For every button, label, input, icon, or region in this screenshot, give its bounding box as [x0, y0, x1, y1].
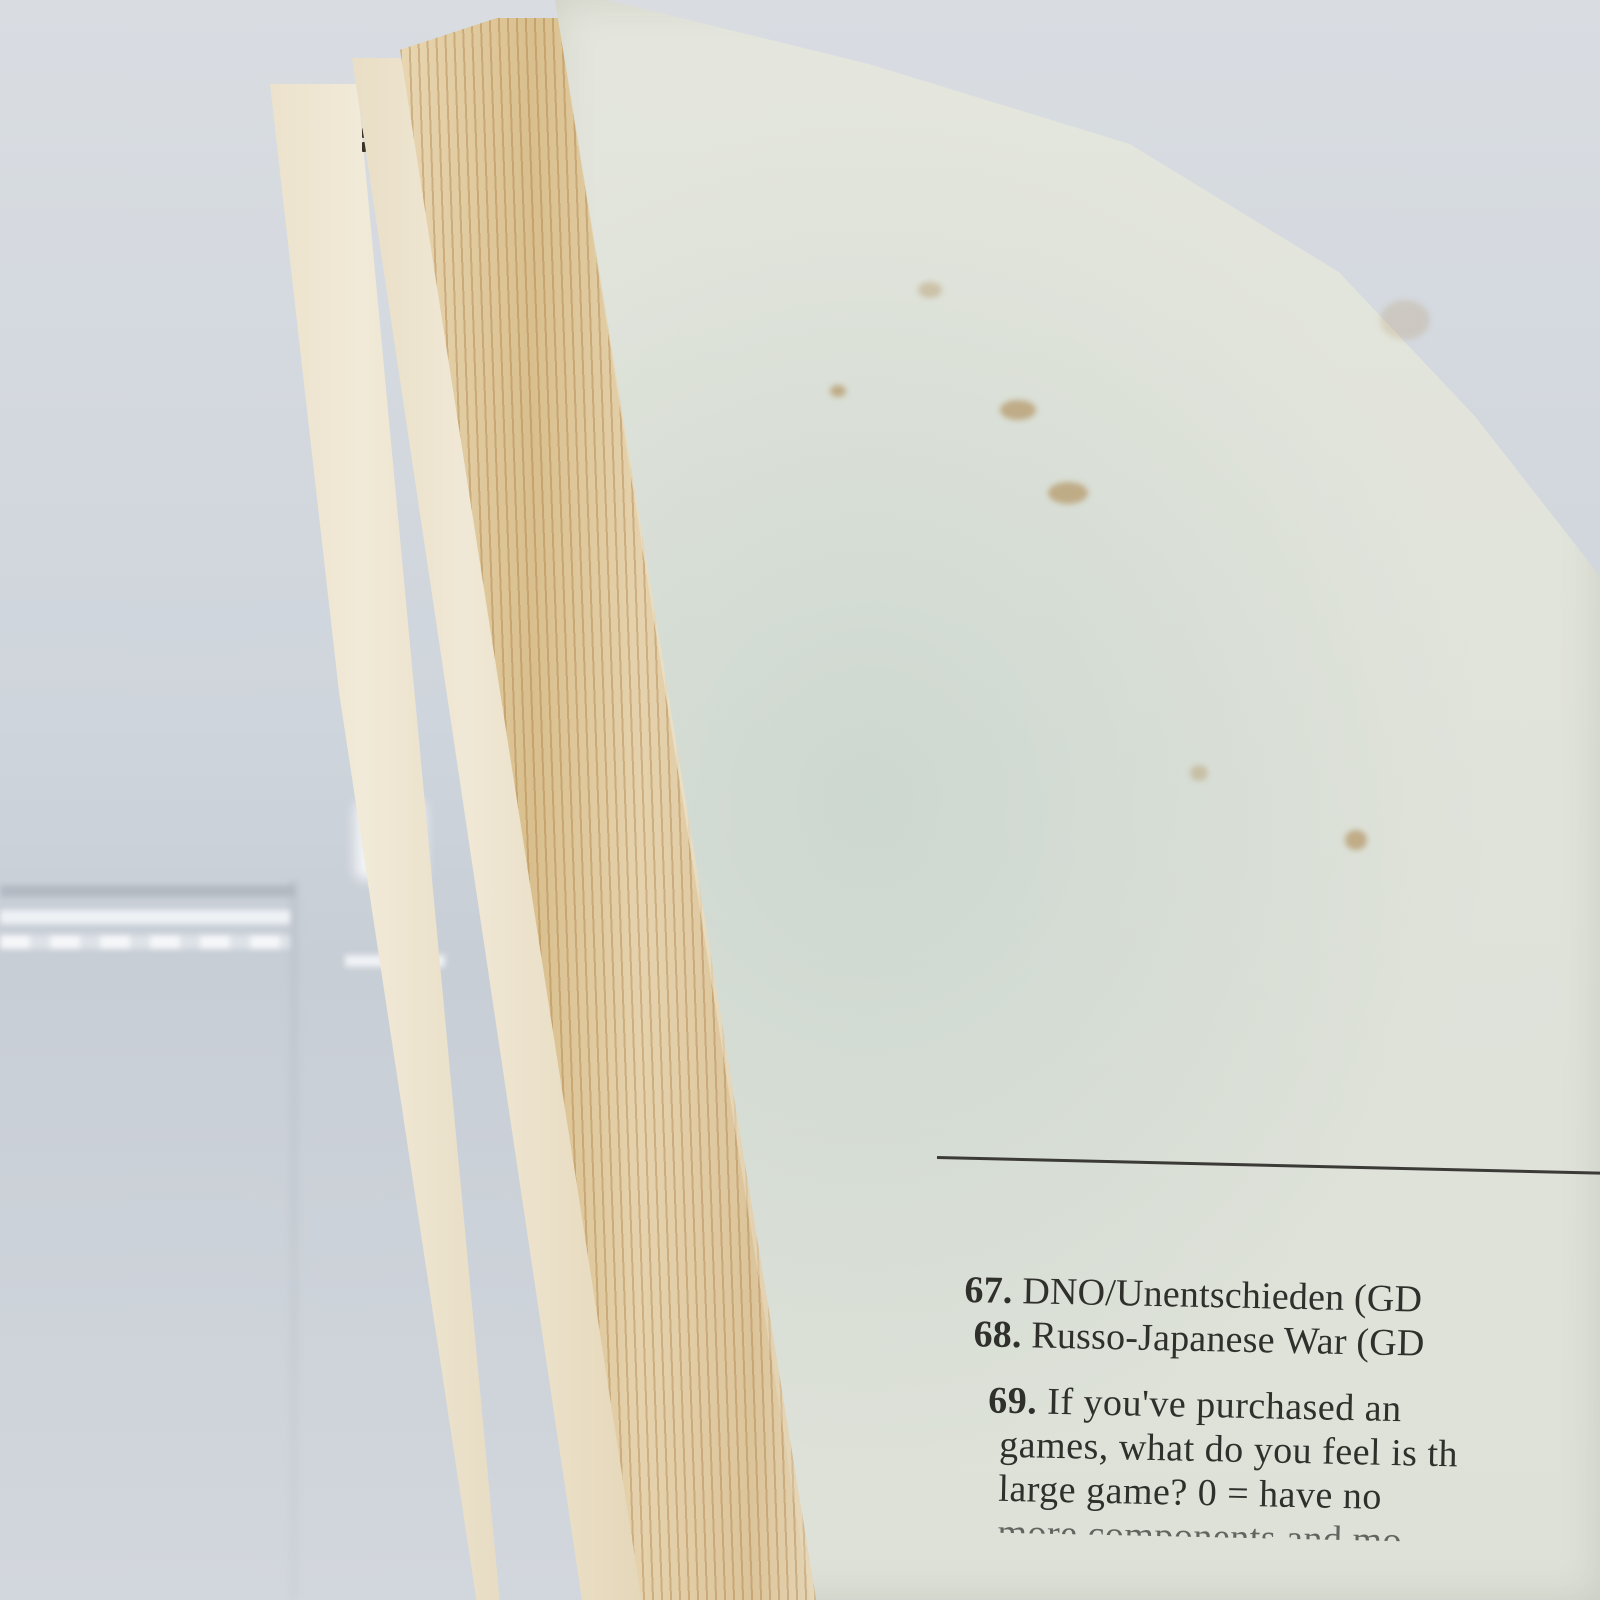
item-number: 67.	[964, 1269, 1013, 1312]
item-number: 68.	[973, 1313, 1022, 1356]
foxing-stain	[918, 282, 942, 298]
reflection-glint	[0, 935, 290, 949]
foxing-stain	[1190, 765, 1208, 781]
foxing-stain	[1048, 482, 1088, 504]
question-number: 69.	[988, 1380, 1038, 1423]
reflection-glint	[0, 910, 290, 924]
foxing-stain	[830, 385, 846, 397]
printed-text: 67. DNO/Unentschieden (GD 68. Russo-Japa…	[959, 1268, 1600, 1547]
foxing-stain	[1000, 400, 1036, 420]
item-text: Russo-Japanese War (GD	[1031, 1314, 1425, 1364]
question-text: If you've purchased an	[1047, 1381, 1402, 1430]
acrylic-stand-shelf	[0, 885, 295, 897]
question-69: 69. If you've purchased an games, what d…	[985, 1379, 1600, 1547]
acrylic-stand-edge	[290, 880, 298, 1600]
foxing-stain	[1345, 830, 1367, 850]
item-text: DNO/Unentschieden (GD	[1022, 1270, 1423, 1320]
foxing-stain	[1380, 300, 1430, 340]
photo-scene: 67. DNO/Unentschieden (GD 68. Russo-Japa…	[0, 0, 1600, 1600]
